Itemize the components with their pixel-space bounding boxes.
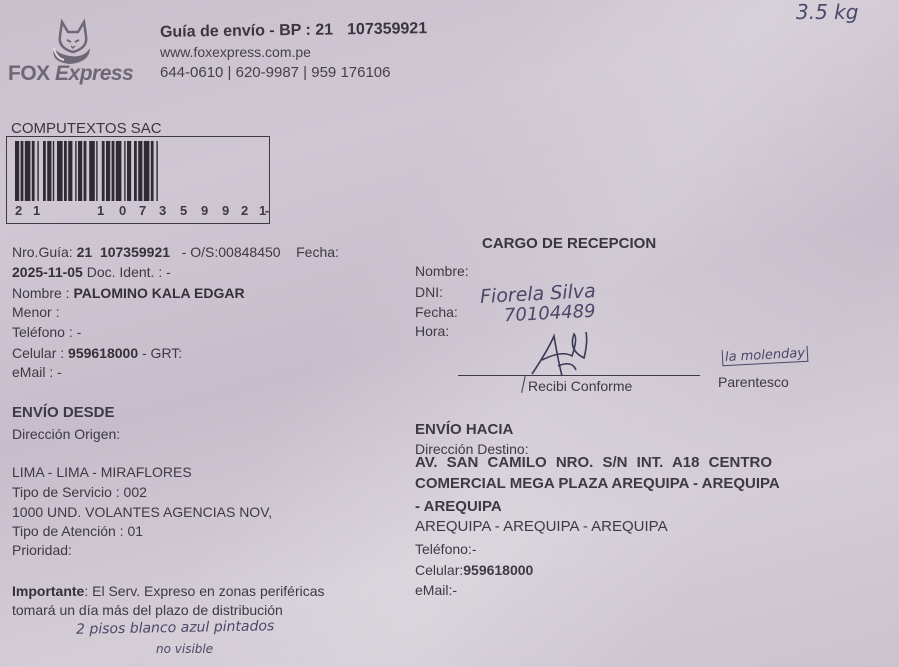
recipient-name-row: Nombre : PALOMINO KALA EDGAR	[12, 285, 245, 301]
barcode-digit: 2	[15, 203, 22, 218]
barcode-digit: 9	[222, 203, 229, 218]
handwritten-parentesco: la molenday	[722, 346, 809, 366]
destination-location: AREQUIPA - AREQUIPA - AREQUIPA	[415, 518, 668, 535]
destination-email: eMail:-	[415, 582, 457, 598]
origin-location: LIMA - LIMA - MIRAFLORES	[12, 464, 192, 480]
signature	[528, 330, 598, 380]
destination-address-line-2: COMERCIAL MEGA PLAZA AREQUIPA - AREQUIPA	[415, 475, 780, 492]
destination-celular: Celular:959618000	[415, 562, 533, 578]
fox-logo-icon	[48, 18, 98, 68]
cargo-title: CARGO DE RECEPCION	[482, 235, 656, 252]
destination-address-line-1: AV. SAN CAMILO NRO. S/N INT. A18 CENTRO	[415, 454, 772, 471]
signature-tick	[521, 375, 526, 393]
shipment-content: 1000 UND. VOLANTES AGENCIAS NOV,	[12, 504, 272, 520]
handwritten-note-line-1: 2 pisos blanco azul pintados	[76, 618, 275, 637]
website-link[interactable]: www.foxexpress.com.pe	[160, 44, 311, 60]
barcode-digit: -	[265, 203, 269, 218]
destination-title: ENVÍO HACIA	[415, 421, 513, 438]
cargo-dni-label: DNI:	[415, 284, 443, 300]
origin-title: ENVÍO DESDE	[12, 404, 115, 421]
parentesco-label: Parentesco	[718, 374, 789, 390]
contact-phones: 644-0610 | 620-9987 | 959 176106	[160, 64, 391, 81]
brand-logo: FOX Express	[8, 62, 133, 86]
date-row: 2025-11-05 Doc. Ident. : -	[12, 264, 171, 280]
attention-type: Tipo de Atención : 01	[12, 523, 143, 539]
signature-line	[458, 375, 700, 376]
cargo-hora-label: Hora:	[415, 323, 449, 339]
barcode-digit: 2	[241, 203, 248, 218]
origin-address-label: Dirección Origen:	[12, 426, 120, 442]
menor-row: Menor :	[12, 304, 59, 320]
email-row: eMail : -	[12, 364, 62, 380]
service-type: Tipo de Servicio : 002	[12, 484, 147, 500]
important-notice-line-1: Importante: El Serv. Expreso en zonas pe…	[12, 583, 325, 599]
barcode-digit: 9	[201, 203, 208, 218]
barcode: 21107359921-	[6, 136, 270, 224]
barcode-digit: 1	[33, 203, 40, 218]
cargo-fecha-label: Fecha:	[415, 304, 458, 320]
barcode-bars	[15, 141, 261, 201]
priority: Prioridad:	[12, 542, 72, 558]
destination-telefono: Teléfono:-	[415, 541, 476, 557]
barcode-digit: 0	[119, 203, 126, 218]
recibi-conforme-label: Recibi Conforme	[528, 378, 632, 394]
handwritten-weight: 3.5 kg	[796, 0, 858, 24]
destination-address-line-3: - AREQUIPA	[415, 498, 502, 515]
important-notice-line-2: tomará un día más del plazo de distribuc…	[12, 602, 283, 618]
celular-row: Celular : 959618000 - GRT:	[12, 345, 182, 361]
barcode-digit: 5	[180, 203, 187, 218]
barcode-digit: 3	[159, 203, 166, 218]
barcode-digit: 7	[139, 203, 146, 218]
barcode-digit: 1	[97, 203, 104, 218]
handwritten-receiver-dni: 70104489	[504, 301, 597, 327]
guide-number-row: Nro.Guía: 21 107359921 - O/S:00848450 Fe…	[12, 244, 339, 260]
guide-title: Guía de envío - BP : 21107359921	[160, 20, 427, 42]
handwritten-note-line-2: no visible	[156, 642, 213, 656]
cargo-nombre-label: Nombre:	[415, 263, 469, 279]
sender-company: COMPUTEXTOS SAC	[11, 120, 162, 137]
telefono-row: Teléfono : -	[12, 324, 81, 340]
